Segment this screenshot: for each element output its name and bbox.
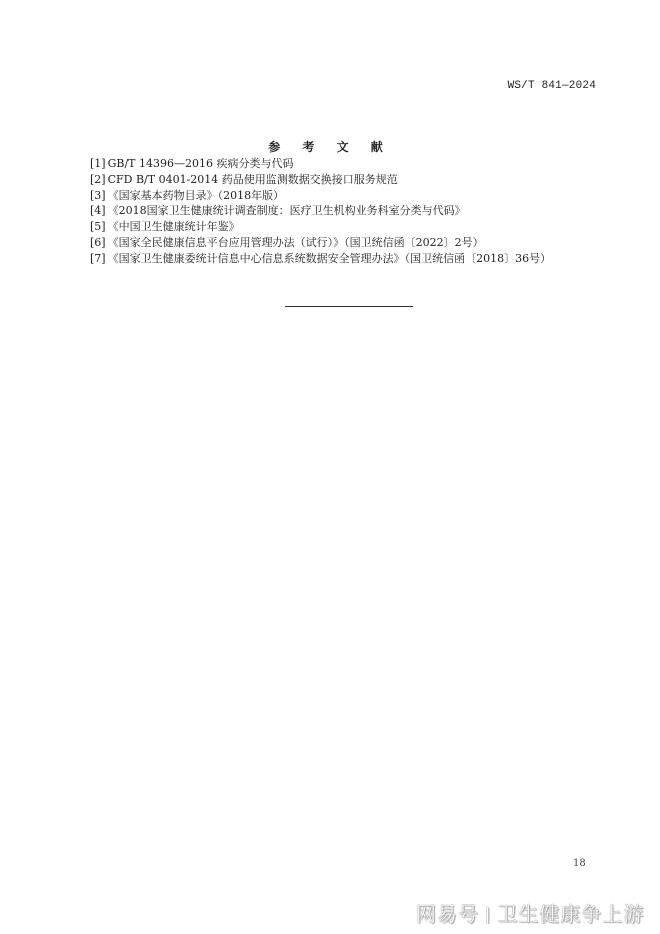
- watermark-platform: 网易号: [416, 902, 479, 926]
- reference-text: 《2018国家卫生健康统计调查制度：医疗卫生机构业务科室分类与代码》: [108, 204, 466, 217]
- end-rule-divider: [285, 306, 413, 307]
- reference-number: [1]: [90, 156, 106, 172]
- reference-item: [4]《2018国家卫生健康统计调查制度：医疗卫生机构业务科室分类与代码》: [90, 203, 551, 219]
- reference-number: [2]: [90, 172, 106, 188]
- reference-text: CFD B/T 0401-2014 药品使用监测数据交换接口服务规范: [108, 173, 398, 186]
- reference-number: [3]: [90, 188, 106, 204]
- reference-item: [5]《中国卫生健康统计年鉴》: [90, 219, 551, 235]
- reference-item: [3]《国家基本药物目录》（2018年版）: [90, 188, 551, 204]
- reference-number: [7]: [90, 251, 106, 267]
- reference-list: [1]GB/T 14396—2016 疾病分类与代码 [2]CFD B/T 04…: [90, 156, 551, 267]
- reference-text: 《中国卫生健康统计年鉴》: [108, 220, 240, 233]
- reference-number: [5]: [90, 219, 106, 235]
- reference-text: 《国家全民健康信息平台应用管理办法（试行）》（国卫统信函〔2022〕2号）: [108, 236, 484, 249]
- reference-text: GB/T 14396—2016 疾病分类与代码: [108, 157, 294, 170]
- reference-number: [6]: [90, 235, 106, 251]
- reference-item: [1]GB/T 14396—2016 疾病分类与代码: [90, 156, 551, 172]
- page-number: 18: [573, 858, 586, 869]
- watermark: 网易号|卫生健康争上游: [416, 898, 644, 927]
- reference-item: [6]《国家全民健康信息平台应用管理办法（试行）》（国卫统信函〔2022〕2号）: [90, 235, 551, 251]
- watermark-account: 卫生健康争上游: [497, 902, 644, 926]
- reference-item: [2]CFD B/T 0401-2014 药品使用监测数据交换接口服务规范: [90, 172, 551, 188]
- standard-code-header: WS/T 841—2024: [508, 80, 596, 92]
- reference-number: [4]: [90, 203, 106, 219]
- reference-text: 《国家卫生健康委统计信息中心信息系统数据安全管理办法》（国卫统信函〔2018〕3…: [108, 252, 552, 265]
- references-title: 参 考 文 献: [0, 138, 660, 155]
- watermark-separator: |: [485, 904, 491, 923]
- reference-text: 《国家基本药物目录》（2018年版）: [108, 189, 285, 202]
- reference-item: [7]《国家卫生健康委统计信息中心信息系统数据安全管理办法》（国卫统信函〔201…: [90, 251, 551, 267]
